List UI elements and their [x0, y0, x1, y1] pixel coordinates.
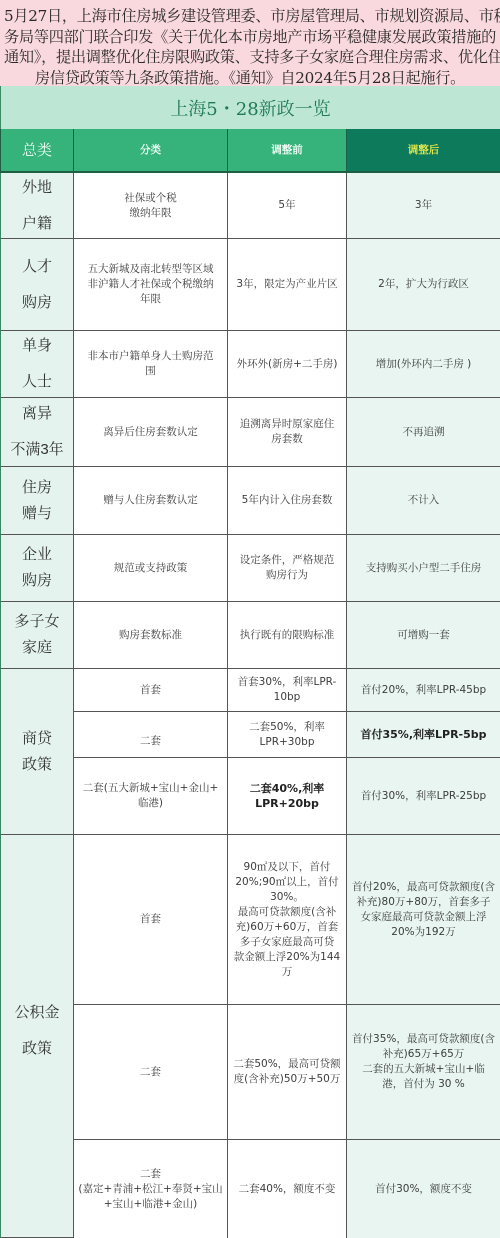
- category-text: 商贷: [22, 726, 52, 752]
- category-text: 购房: [22, 285, 52, 321]
- before-cell: 5年内计入住房套数: [228, 467, 347, 535]
- category-enterprise: 企业 购房: [0, 535, 74, 602]
- before-cell: 追溯离异时原家庭住 房套数: [228, 398, 347, 467]
- before-cell: 执行既有的限购标准: [228, 602, 347, 669]
- category-text: 离异: [22, 398, 52, 432]
- after-cell: 3年: [347, 173, 500, 239]
- category-text: 政策: [22, 1031, 52, 1067]
- category-text: 户籍: [22, 206, 52, 240]
- after-cell: 不计入: [347, 467, 500, 535]
- item-cell: 首套: [74, 669, 228, 712]
- intro-line: 5月27日，上海市住房城乡建设管理委、市房屋管理局、市规划资源局、市税: [4, 6, 496, 27]
- category-text: 家庭: [22, 635, 52, 661]
- category-nonlocal-hukou: 外地 户籍: [0, 173, 74, 239]
- item-cell: 购房套数标准: [74, 602, 228, 669]
- category-text: 多子女: [14, 609, 59, 635]
- header-item: 分类: [74, 129, 228, 173]
- table-title: 上海5・28新政一览: [0, 86, 500, 129]
- before-cell: 设定条件，严格规范 购房行为: [228, 535, 347, 602]
- category-provident-fund: 公积金 政策: [0, 835, 74, 1238]
- item-cell: 规范或支持政策: [74, 535, 228, 602]
- category-gift: 住房 赠与: [0, 467, 74, 535]
- category-text: 政策: [22, 752, 52, 778]
- item-cell: 二套: [74, 712, 228, 758]
- category-text: 住房: [22, 475, 52, 501]
- after-cell: 增加(外环内二手房 ): [347, 331, 500, 398]
- after-cell: 首付35%,利率LPR-5bp: [347, 712, 500, 758]
- before-cell: 二套40%,利率 LPR+20bp: [228, 758, 347, 835]
- after-cell: 首付30%，额度不变: [347, 1140, 500, 1238]
- item-cell: 非本市户籍单身人士购房范 围: [74, 331, 228, 398]
- before-cell: 5年: [228, 173, 347, 239]
- item-cell: 社保或个税 缴纳年限: [74, 173, 228, 239]
- item-cell: 首套: [74, 835, 228, 1005]
- item-cell: 赠与人住房套数认定: [74, 467, 228, 535]
- before-cell: 90㎡及以下，首付 20%;90㎡以上，首付 30%。 最高可贷款额度(含补 充…: [228, 835, 347, 1005]
- category-text: 赠与: [22, 501, 52, 527]
- before-cell: 3年，限定为产业片区: [228, 239, 347, 331]
- item-cell: 离异后住房套数认定: [74, 398, 228, 467]
- after-cell: 首付30%，利率LPR-25bp: [347, 758, 500, 835]
- before-cell: 二套50%，利率 LPR+30bp: [228, 712, 347, 758]
- after-cell: 2年，扩大为行政区: [347, 239, 500, 331]
- after-cell: 支持购买小户型二手住房: [347, 535, 500, 602]
- before-cell: 外环外(新房+二手房): [228, 331, 347, 398]
- category-text: 公积金: [14, 995, 59, 1031]
- category-single: 单身 人士: [0, 331, 74, 398]
- category-text: 不满3年: [10, 432, 63, 467]
- before-cell: 首套30%，利率LPR- 10bp: [228, 669, 347, 712]
- item-cell: 二套: [74, 1005, 228, 1140]
- after-cell: 首付20%，最高可贷款额度(含 补充)80万+80万，首套多子 女家庭最高可贷款…: [347, 835, 500, 1005]
- category-talent-purchase: 人才 购房: [0, 239, 74, 331]
- after-cell: 首付35%，最高可贷款额度(含 补充)65万+65万 二套的五大新城+宝山+临 …: [347, 1005, 500, 1140]
- before-cell: 二套40%，额度不变: [228, 1140, 347, 1238]
- category-divorce: 离异 不满3年: [0, 398, 74, 467]
- after-cell: 可增购一套: [347, 602, 500, 669]
- header-category: 总类: [0, 129, 74, 173]
- header-after: 调整后: [347, 129, 500, 173]
- header-before: 调整前: [228, 129, 347, 173]
- intro-line: 通知》，提出调整优化住房限购政策、支持多子女家庭合理住房需求、优化住: [4, 47, 496, 68]
- category-text: 外地: [22, 173, 52, 206]
- category-text: 购房: [22, 568, 52, 594]
- item-cell: 二套 (嘉定+青浦+松江+奉贤+宝山 +宝山+临港+金山): [74, 1140, 228, 1238]
- intro-line: 务局等四部门联合印发《关于优化本市房地产市场平稳健康发展政策措施的: [4, 27, 496, 48]
- after-cell: 首付20%，利率LPR-45bp: [347, 669, 500, 712]
- category-multichild: 多子女 家庭: [0, 602, 74, 669]
- item-cell: 二套(五大新城+宝山+金山+ 临港): [74, 758, 228, 835]
- item-cell: 五大新城及南北转型等区域 非沪籍人才社保或个税缴纳 年限: [74, 239, 228, 331]
- after-cell: 不再追溯: [347, 398, 500, 467]
- category-text: 人才: [22, 249, 52, 285]
- category-text: 企业: [22, 542, 52, 568]
- category-text: 人士: [22, 364, 52, 398]
- category-text: 单身: [22, 331, 52, 364]
- before-cell: 二套50%，最高可贷额 度(含补充)50万+50万: [228, 1005, 347, 1140]
- intro-line: 房信贷政策等九条政策措施。《通知》自2024年5月28日起施行。: [4, 68, 496, 89]
- category-commercial-loan: 商贷 政策: [0, 669, 74, 835]
- intro-paragraph: 5月27日，上海市住房城乡建设管理委、市房屋管理局、市规划资源局、市税 务局等四…: [0, 0, 500, 86]
